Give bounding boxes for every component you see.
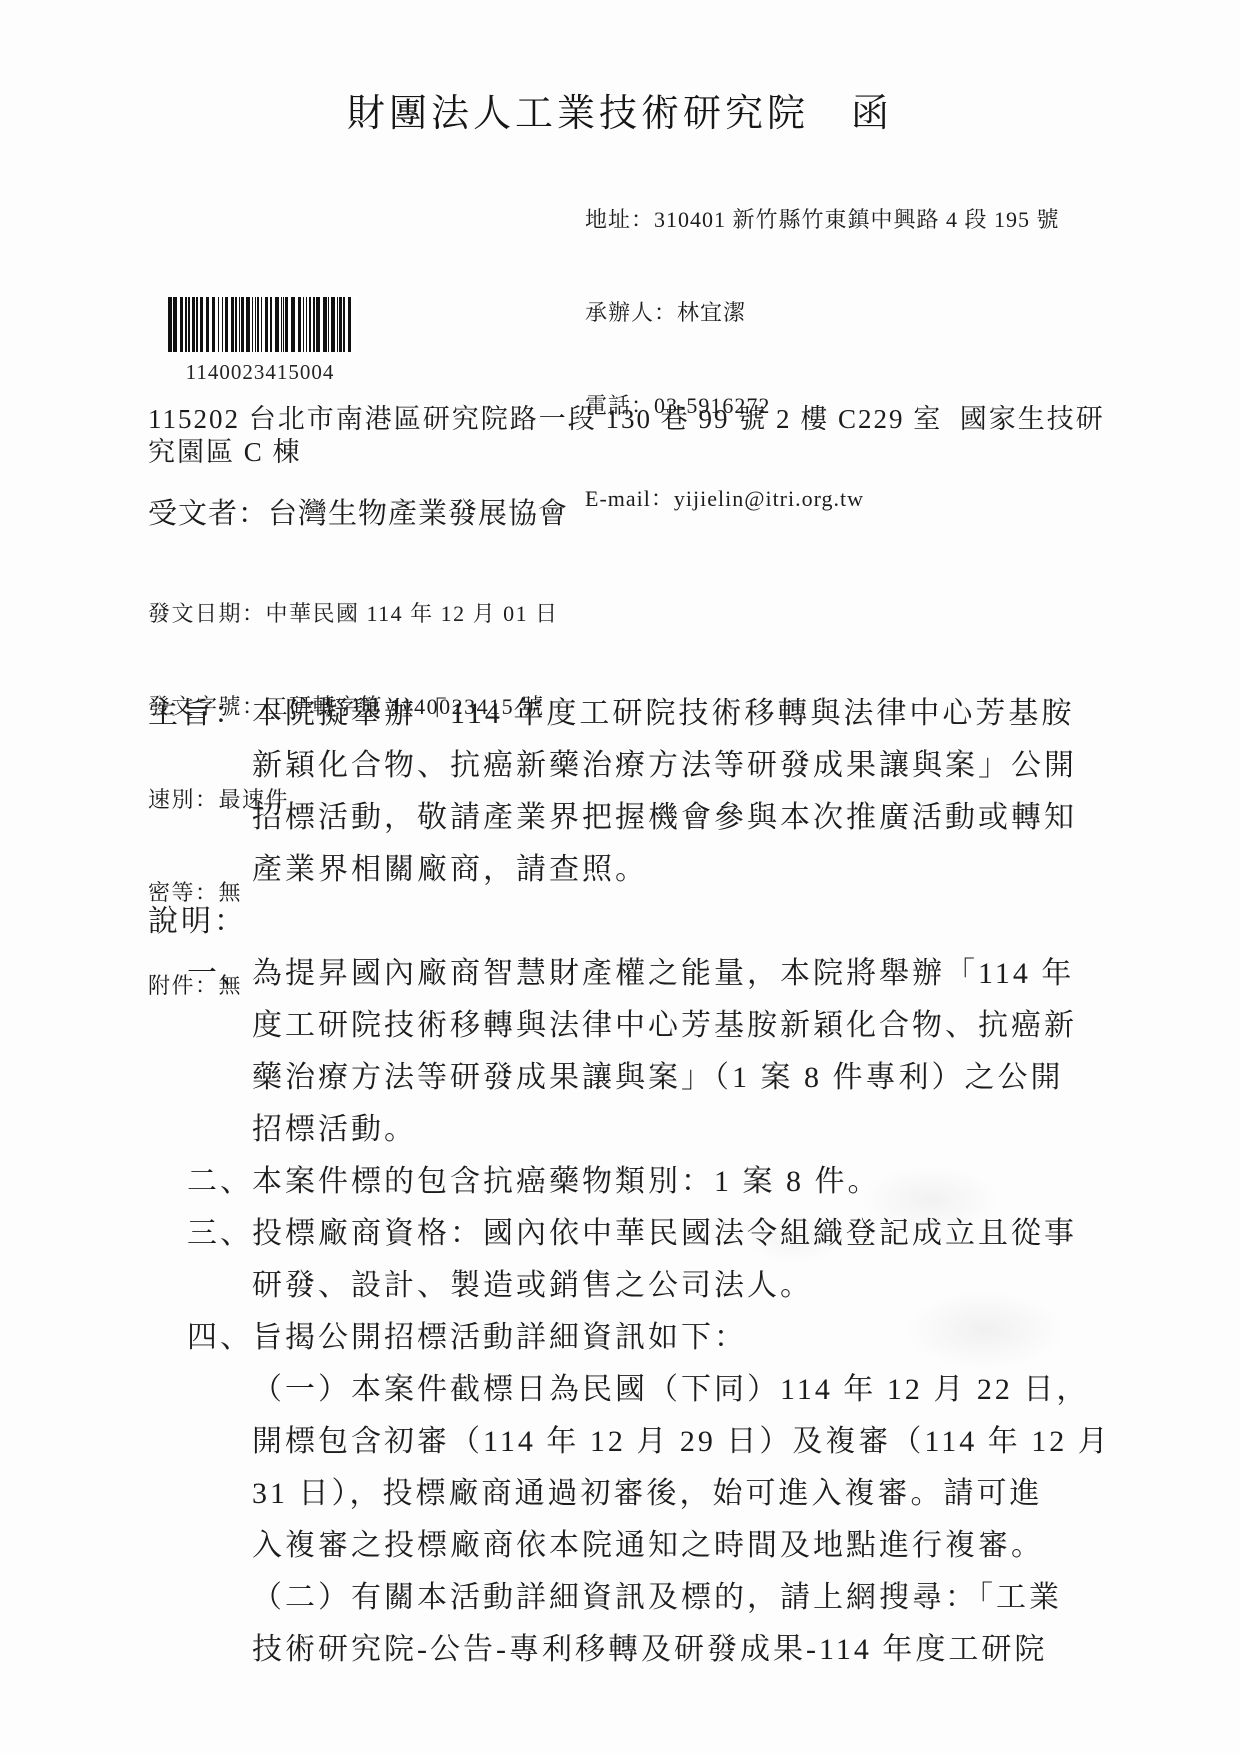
description-item-3: 三、投標廠商資格：國內依中華民國法令組織登記成立且從事 研發、設計、製造或銷售之…: [148, 1208, 1208, 1312]
recipient-line: 受文者：台灣生物產業發展協會: [148, 491, 568, 532]
description-subitem-2: （二）有關本活動詳細資訊及標的，請上網搜尋：「工業 技術研究院-公告-專利移轉及…: [148, 1572, 1208, 1676]
item-4-label: 四、: [187, 1312, 252, 1364]
recipient-mailing-address: 115202 台北市南港區研究院路一段 130 巷 99 號 2 樓 C229 …: [148, 403, 1148, 469]
sender-info-block: 地址：310401 新竹縣竹東鎮中興路 4 段 195 號 承辦人：林宜潔 電話…: [585, 142, 1060, 576]
item-3-text: 投標廠商資格：國內依中華民國法令組織登記成立且從事 研發、設計、製造或銷售之公司…: [252, 1217, 1077, 1302]
description-item-1: 一、為提昇國內廠商智慧財產權之能量，本院將舉辦「114 年 度工研院技術移轉與法…: [148, 948, 1208, 1156]
sender-contact-person: 承辦人：林宜潔: [585, 297, 1060, 328]
description-heading: 說明：: [148, 896, 1208, 948]
sender-address: 地址：310401 新竹縣竹東鎮中興路 4 段 195 號: [585, 204, 1060, 235]
item-2-label: 二、: [187, 1156, 252, 1208]
letter-body: 主旨：本院擬舉辦「114 年度工研院技術移轉與法律中心芳基胺 新穎化合物、抗癌新…: [148, 688, 1208, 1676]
item-3-label: 三、: [187, 1208, 252, 1260]
document-title: 財團法人工業技術研究院 函: [0, 82, 1240, 137]
item-1-label: 一、: [187, 948, 252, 1000]
description-item-2: 二、本案件標的包含抗癌藥物類別：1 案 8 件。: [148, 1156, 1208, 1208]
item-1-text: 為提昇國內廠商智慧財產權之能量，本院將舉辦「114 年 度工研院技術移轉與法律中…: [252, 957, 1077, 1146]
scanned-letter-page: 財團法人工業技術研究院 函 地址：310401 新竹縣竹東鎮中興路 4 段 19…: [0, 0, 1240, 1753]
meta-issue-date: 發文日期：中華民國 114 年 12 月 01 日: [148, 598, 559, 629]
sender-email: E-mail：yijielin@itri.org.tw: [585, 483, 1060, 514]
item-2-text: 本案件標的包含抗癌藥物類別：1 案 8 件。: [252, 1165, 881, 1198]
subject-paragraph: 主旨：本院擬舉辦「114 年度工研院技術移轉與法律中心芳基胺 新穎化合物、抗癌新…: [148, 688, 1208, 896]
item-4-text: 旨揭公開招標活動詳細資訊如下：: [252, 1321, 747, 1354]
subject-text: 本院擬舉辦「114 年度工研院技術移轉與法律中心芳基胺 新穎化合物、抗癌新藥治療…: [252, 697, 1077, 886]
barcode: [168, 297, 357, 352]
description-subitem-1: （一）本案件截標日為民國（下同）114 年 12 月 22 日， 開標包含初審（…: [148, 1364, 1208, 1572]
subject-label: 主旨：: [148, 688, 252, 740]
barcode-number: 1140023415004: [160, 360, 360, 385]
description-item-4: 四、旨揭公開招標活動詳細資訊如下：: [148, 1312, 1208, 1364]
